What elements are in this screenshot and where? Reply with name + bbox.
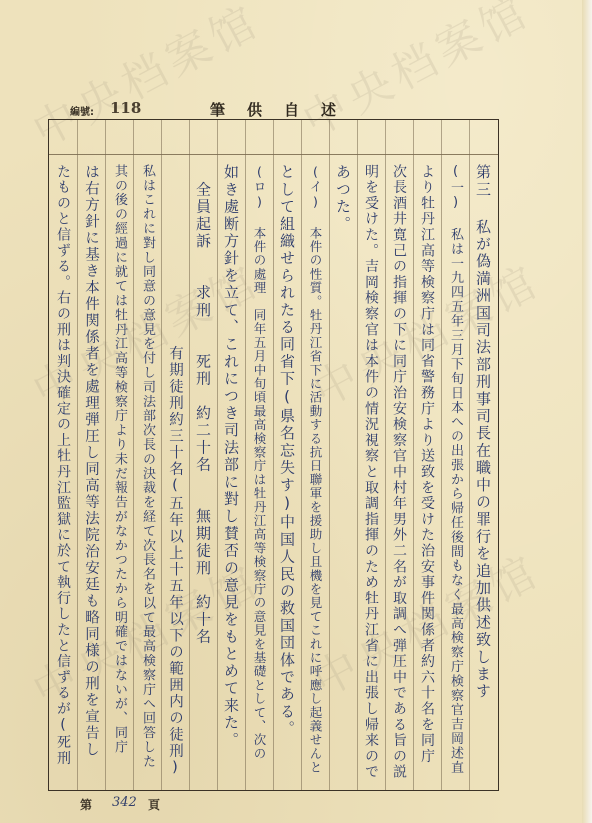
text-column: あつた。 bbox=[330, 164, 356, 233]
text-column: 明を受けた。吉岡検察官は本件の情況視察と取調指揮のため牡丹江省に出張し帰来ので bbox=[358, 164, 384, 780]
form-title: 筆供自述 bbox=[210, 99, 358, 120]
form-header: 編號: 118 筆供自述 bbox=[0, 98, 592, 120]
text-column: 次長酒井寛己の指揮の下に同庁治安検察官中村年男外二名が取調へ弾圧中である旨の説 bbox=[386, 164, 412, 780]
serial-number: 118 bbox=[110, 99, 141, 117]
text-column: 其の後の經過に就ては牡丹江高等検察庁より未だ報告がなかつたから明確ではないが、同… bbox=[106, 164, 132, 754]
text-column: より牡丹江高等検察庁は同省警務庁より送致を受けた治安事件関係者約六十名を同庁 bbox=[414, 164, 440, 764]
text-column: 有期徒刑約三十名(五年以上十五年以下の範囲内の徒刑) bbox=[162, 164, 188, 778]
serial-label: 編號: bbox=[70, 103, 94, 118]
text-column: 第三 私が偽満洲国司法部刑事司長在職中の罪行を追加供述致します bbox=[470, 164, 496, 700]
text-column: (イ) 本件の性質。牡丹江省下に活動する抗日聯軍を援助し且機を見てこれに呼應し起… bbox=[302, 164, 328, 774]
text-column: (ロ) 本件の處理 同年五月中旬頃最高検察庁は牡丹江高等検察庁の意見を基礎として… bbox=[246, 164, 272, 761]
page-label-suffix: 頁 bbox=[148, 796, 160, 813]
text-column: 如き處断方針を立て、これにつき司法部に對し賛否の意見をもとめて来た。 bbox=[218, 164, 244, 749]
page-footer: 第 342 頁 bbox=[0, 795, 592, 815]
text-column: 全員起訴 求刑 死刑 約二十名 無期徒刑 約十名 bbox=[190, 164, 216, 646]
page-number: 342 bbox=[112, 795, 137, 810]
text-column: 私はこれに對し同意の意見を付し司法部次長の決裁を経て次長名を以て最高検察庁へ回答… bbox=[134, 164, 160, 769]
manuscript-grid: 第三 私が偽満洲国司法部刑事司長在職中の罪行を追加供述致します(一) 私は一九四… bbox=[48, 119, 499, 791]
text-column: として組織せられたる同省下(県名忘失す)中国人民の救国団体である。 bbox=[274, 164, 300, 738]
text-column: たものと信ずる。右の刑は判決確定の上牡丹江監獄に於て執行したと信ずるが(死刑 bbox=[50, 164, 76, 766]
paper-edge bbox=[582, 0, 592, 823]
page-label-prefix: 第 bbox=[80, 796, 92, 813]
text-column: (一) 私は一九四五年三月下旬日本への出張から帰任後間もなく最高検察庁検察官吉岡… bbox=[442, 164, 468, 775]
text-column: は右方針に基き本件関係者を處理弾圧し同高等法院治安廷も略同様の刑を宣告し bbox=[78, 164, 104, 758]
